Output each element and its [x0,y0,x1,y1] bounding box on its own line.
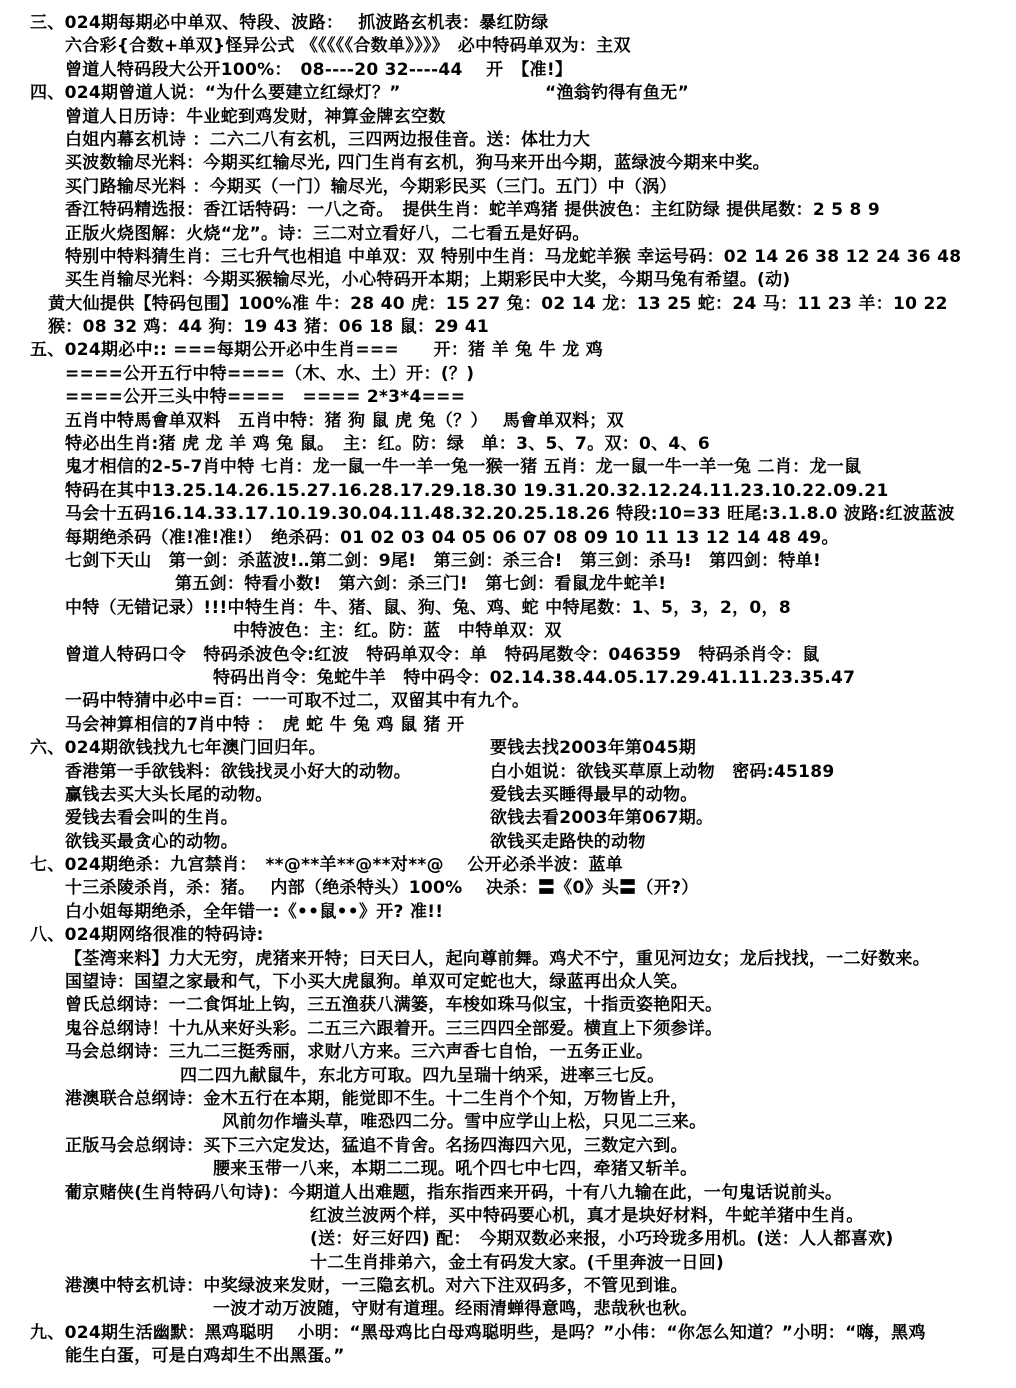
section-heading-5: 五、024期必中:: ===每期公开必中生肖=== 开：猪 羊 兔 牛 龙 鸡 [0,339,1016,362]
doc-line: 风前勿作墙头草，唯恐四二分。雪中应学山上松，只见二三来。 [0,1111,1016,1134]
doc-line: 中特波色：主：红。防：蓝 中特单双：双 [0,620,1016,643]
doc-line: 葡京赌侠(生肖特码八句诗)：今期道人出难题，指东指西来开码，十有八九输在此，一句… [0,1182,1016,1205]
doc-line: 曾道人特码口令 特码杀波色令:红波 特码单双令：单 特码尾数令：046359 特… [0,644,1016,667]
doc-line: 香江特码精选报：香江话特码：一八之奇。 提供生肖：蛇羊鸡猪 提供波色：主红防绿 … [0,199,1016,222]
doc-line: 正版火烧图解：火烧“龙”。诗：三二对立看好八，二七看五是好码。 [0,223,1016,246]
doc-line: (送：好三好四) 配： 今期双数必来报，小巧玲珑多用机。(送：人人都喜欢) [0,1228,1016,1251]
doc-line-left: 爱钱去看会叫的生肖。 [65,808,238,828]
tip-sheet-page: 三、024期每期必中单双、特段、波路： 抓波路玄机表：暴红防绿 六合彩{合数+单… [0,0,1016,1388]
doc-line: 欲钱买最贪心的动物。 欲钱买走路快的动物 [0,831,1016,854]
doc-line: 四二四九献鼠牛，东北方可取。四九呈瑞十纳采，进率三七反。 [0,1065,1016,1088]
doc-line-left: 四、024期曾道人说：“为什么要建立红绿灯？” [30,83,401,103]
doc-line: 黄大仙提供【特码包围】100%准 牛：28 40 虎：15 27 兔：02 14… [0,293,1016,316]
doc-line: 赢钱去买大头长尾的动物。 爱钱去买睡得最早的动物。 [0,784,1016,807]
doc-line: 鬼才相信的2-5-7肖中特 七肖：龙一鼠一牛一羊一兔一猴一猪 五肖：龙一鼠一牛一… [0,456,1016,479]
doc-line-left: 六、024期欲钱找九七年澳门回归年。 [30,738,326,758]
doc-line: 每期绝杀码（准!准!准!） 绝杀码：01 02 03 04 05 06 07 0… [0,527,1016,550]
section-heading-9: 九、024期生活幽默：黑鸡聪明 小明：“黑母鸡比白母鸡聪明些，是吗？”小伟：“你… [0,1322,1016,1345]
doc-line: 能生白蛋，可是白鸡却生不出黑蛋。” [0,1345,1016,1368]
doc-line-right: 要钱去找2003年第045期 [490,737,696,760]
doc-line: 曾氏总纲诗：一二食饵址上钩，三五渔获八满篓，车梭如珠马似宝，十指贡姿艳阳天。 [0,994,1016,1017]
doc-line: 买波数输尽光料：今期买红输尽光, 四门生肖有玄机，狗马来开出今期，蓝绿波今期来中… [0,152,1016,175]
doc-line: 正版马会总纲诗：买下三六定发达，猛追不肯舍。名扬四海四六见，三数定六到。 [0,1135,1016,1158]
doc-line: 香港第一手欲钱料：欲钱找灵小好大的动物。 白小姐说：欲钱买草原上动物 密码:45… [0,761,1016,784]
doc-line: 特码在其中13.25.14.26.15.27.16.28.17.29.18.30… [0,480,1016,503]
doc-line: 港澳联合总纲诗：金木五行在本期，能觉即不生。十二生肖个个知，万物皆上升， [0,1088,1016,1111]
doc-line-left: 欲钱买最贪心的动物。 [65,832,238,852]
doc-line: 马会十五码16.14.33.17.10.19.30.04.11.48.32.20… [0,503,1016,526]
doc-line: 国望诗：国望之家最和气，下小买大虎鼠狗。单双可定蛇也大，绿蓝再出众人笑。 [0,971,1016,994]
section-heading-8: 八、024期网络很准的特码诗: [0,924,1016,947]
doc-line: 一码中特猜中必中=百：一一可取不过二，双留其中有九个。 [0,690,1016,713]
doc-line: ====公开五行中特====（木、水、土）开：(？) [0,363,1016,386]
doc-line: 鬼谷总纲诗！十九从来好头彩。二五三六跟着开。三三四四全部爱。横直上下须参详。 [0,1018,1016,1041]
doc-line: 特码出肖令：兔蛇牛羊 特中码令：02.14.38.44.05.17.29.41.… [0,667,1016,690]
doc-line-left: 香港第一手欲钱料：欲钱找灵小好大的动物。 [65,762,411,782]
doc-line: 十三杀陵杀肖，杀：猪。 内部（绝杀特头）100% 决杀：〓《0》头〓（开?） [0,877,1016,900]
doc-line: 猴：08 32 鸡：44 狗：19 43 猪：06 18 鼠：29 41 [0,316,1016,339]
doc-line: 白姐内幕玄机诗 ：二六二八有玄机，三四两边报佳音。送：体壮力大 [0,129,1016,152]
doc-line: 七剑下天山 第一剑：杀蓝波!‥第二剑：9尾! 第三剑：杀三合! 第三剑：杀马! … [0,550,1016,573]
doc-line: 第五剑：特看小数! 第六剑：杀三门! 第七剑：看鼠龙牛蛇羊! [0,573,1016,596]
doc-line: 中特（无错记录）!!!中特生肖：牛、猪、鼠、狗、兔、鸡、蛇 中特尾数：1、5，3… [0,597,1016,620]
doc-line: ====公开三头中特==== ==== 2*3*4=== [0,386,1016,409]
doc-line: 买门路输尽光料 ：今期买（一门）输尽光，今期彩民买（三门。五门）中（涡） [0,176,1016,199]
doc-line: 爱钱去看会叫的生肖。 欲钱去看2003年第067期。 [0,807,1016,830]
section-heading-7: 七、024期绝杀：九宫禁肖： **@**羊**@**对**@ 公开必杀半波：蓝单 [0,854,1016,877]
doc-line-right: 欲钱买走路快的动物 [490,831,646,854]
doc-line: 特别中特料猜生肖：三七升气也相追 中单双：双 特别中生肖：马龙蛇羊猴 幸运号码：… [0,246,1016,269]
doc-line: 曾道人日历诗：牛业蛇到鸡发财，神算金牌玄空数 [0,106,1016,129]
doc-line: 五肖中特馬會单双料 五肖中特：猪 狗 鼠 虎 兔（？） 馬會单双料；双 [0,410,1016,433]
section-heading-3: 三、024期每期必中单双、特段、波路： 抓波路玄机表：暴红防绿 [0,12,1016,35]
doc-line-left: 赢钱去买大头长尾的动物。 [65,785,273,805]
doc-line: 曾道人特码段大公开100%： 08----20 32----44 开 【准!】 [0,59,1016,82]
doc-line: 红波兰波两个样，买中特码要心机，真才是块好材料，牛蛇羊猪中生肖。 [0,1205,1016,1228]
section-heading-6: 六、024期欲钱找九七年澳门回归年。 要钱去找2003年第045期 [0,737,1016,760]
doc-line: 六合彩{合数+单双}怪异公式 《《《《《合数单》》》》 必中特码单双为：主双 [0,35,1016,58]
doc-line: 买生肖输尽光料：今期买猴输尽光，小心特码开本期；上期彩民中大奖，今期马兔有希望。… [0,269,1016,292]
doc-line: 腰来玉带一八来，本期二二现。吼个四七中七四，牵猪又斩羊。 [0,1158,1016,1181]
doc-line: 一波才动万波随，守财有道理。经雨清蝉得意鸣，悲哉秋也秋。 [0,1298,1016,1321]
doc-line: 白小姐每期绝杀，全年错一:《••鼠••》开? 准!! [0,901,1016,924]
doc-line: 十二生肖排弟六，金土有码发大家。(千里奔波一日回) [0,1252,1016,1275]
doc-line: 马会总纲诗：三九二三挺秀丽，求财八方来。三六声香七自怡，一五务正业。 [0,1041,1016,1064]
doc-line: 港澳中特玄机诗：中奖绿波来发财，一三隐玄机。对六下注双码多，不管见到谁。 [0,1275,1016,1298]
doc-line-right: 白小姐说：欲钱买草原上动物 密码:45189 [490,761,835,784]
doc-line-right: 欲钱去看2003年第067期。 [490,807,713,830]
doc-line-right: 爱钱去买睡得最早的动物。 [490,784,698,807]
doc-line: 马会神算相信的7肖中特 ： 虎 蛇 牛 兔 鸡 鼠 猪 开 [0,714,1016,737]
doc-line: 特必出生肖:猪 虎 龙 羊 鸡 兔 鼠。 主：红。防：绿 单：3、5、7。双：0… [0,433,1016,456]
doc-line-right: “渔翁钓得有鱼无” [545,82,689,105]
doc-line: 【荃湾来料】力大无穷，虎猪来开特；曰天曰人，起向尊前舞。鸡犬不宁，重见河边女；龙… [0,948,1016,971]
section-heading-4: 四、024期曾道人说：“为什么要建立红绿灯？” “渔翁钓得有鱼无” [0,82,1016,105]
